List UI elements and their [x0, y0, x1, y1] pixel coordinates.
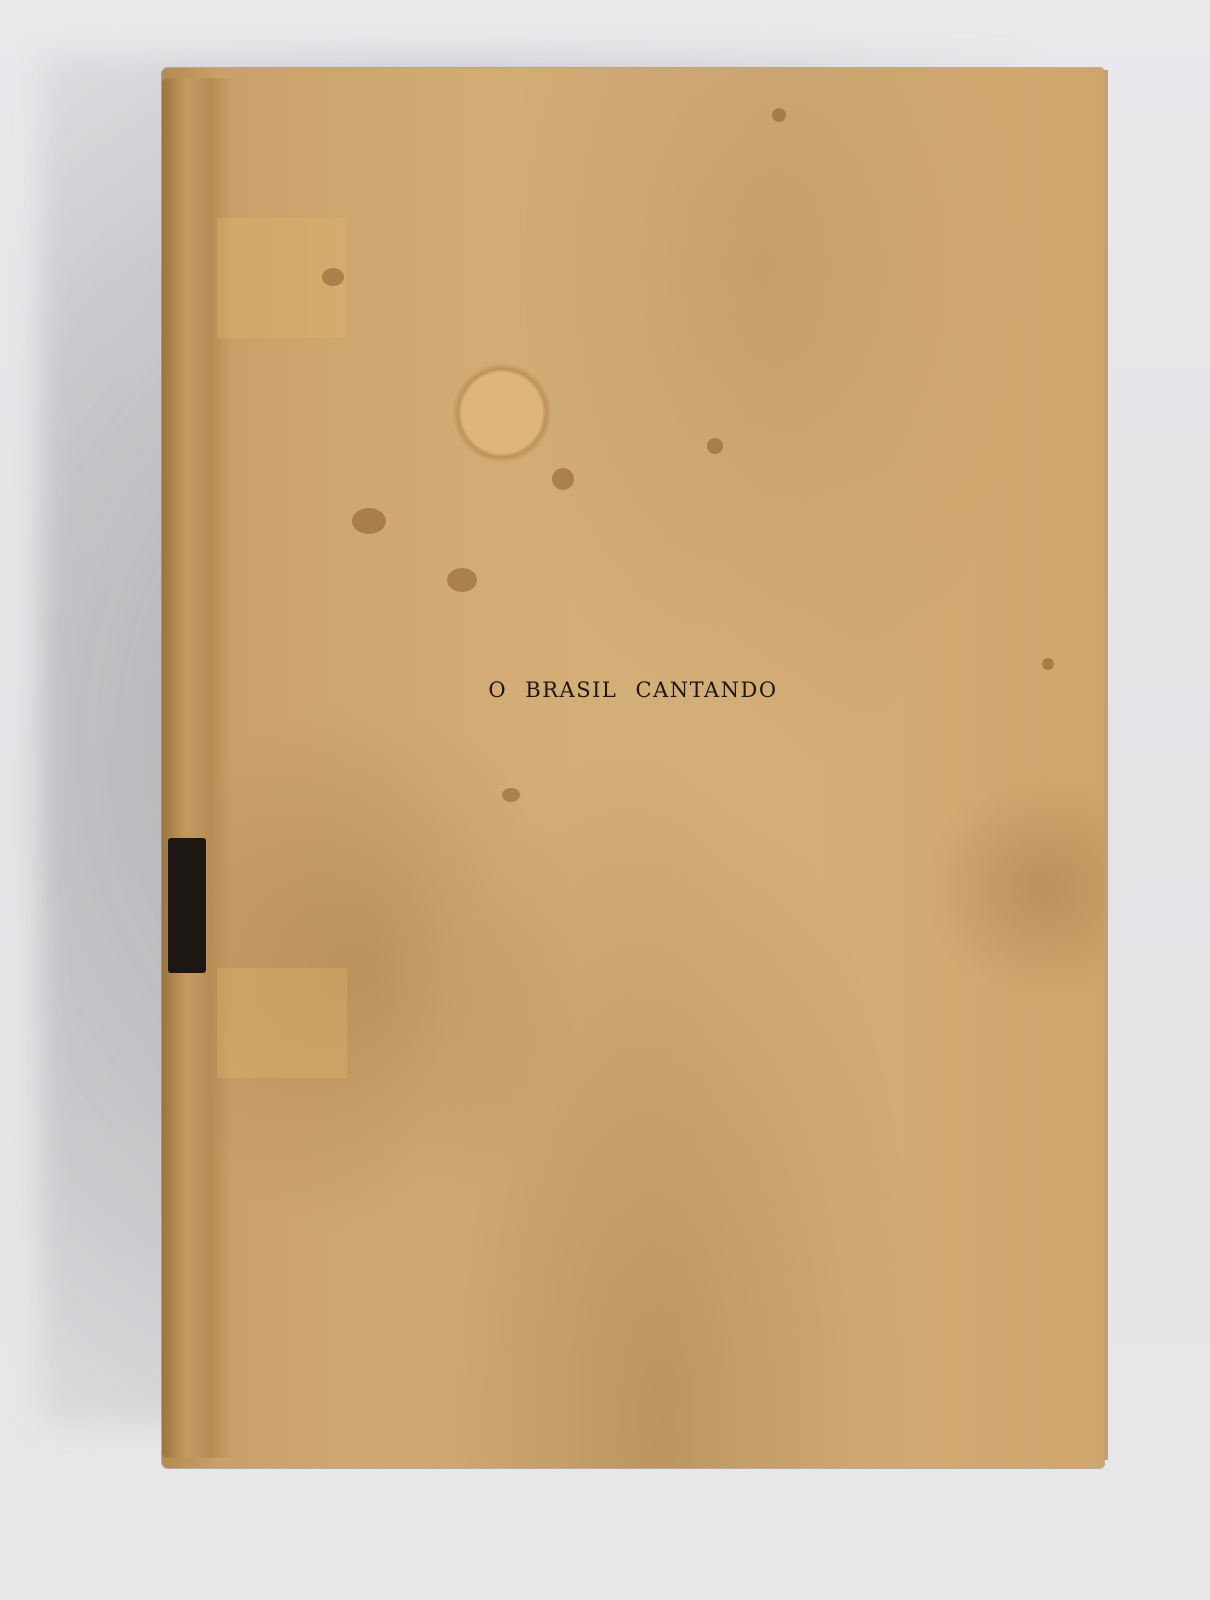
stain-spot [352, 508, 386, 534]
page-edge [1104, 70, 1108, 1460]
stain-spot [1042, 658, 1054, 670]
tape-stain [217, 968, 347, 1078]
stain-spot [707, 438, 723, 454]
stain-spot [447, 568, 477, 592]
stain-spot [502, 788, 520, 802]
spine-label [168, 838, 206, 973]
book-cover: O BRASIL CANTANDO [162, 68, 1104, 1468]
stain-spot [552, 468, 574, 490]
book-title: O BRASIL CANTANDO [162, 678, 1104, 702]
stain-spot [322, 268, 344, 286]
stain-spot [772, 108, 786, 122]
